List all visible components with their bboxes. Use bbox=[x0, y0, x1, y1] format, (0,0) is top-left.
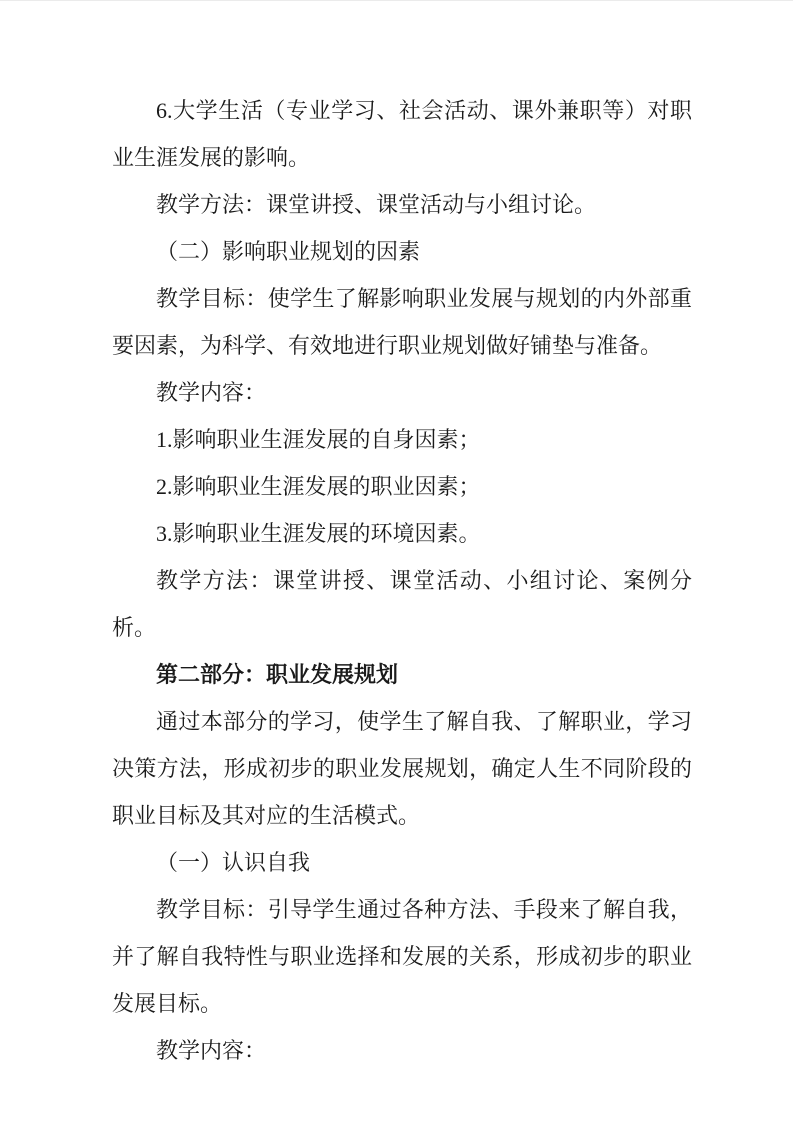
paragraph-teaching-goal: 教学目标：使学生了解影响职业发展与规划的内外部重要因素，为科学、有效地进行职业规… bbox=[112, 275, 692, 369]
paragraph-section-intro: 通过本部分的学习，使学生了解自我、了解职业，学习决策方法，形成初步的职业发展规划… bbox=[112, 698, 692, 839]
subsection-heading-factors: （二）影响职业规划的因素 bbox=[112, 228, 692, 275]
list-item-career-factor: 2.影响职业生涯发展的职业因素； bbox=[112, 463, 692, 510]
subsection-heading-know-self: （一）认识自我 bbox=[112, 839, 692, 886]
list-item-self-factor: 1.影响职业生涯发展的自身因素； bbox=[112, 416, 692, 463]
paragraph-teaching-goal-2: 教学目标：引导学生通过各种方法、手段来了解自我，并了解自我特性与职业选择和发展的… bbox=[112, 886, 692, 1027]
paragraph-teaching-method: 教学方法：课堂讲授、课堂活动与小组讨论。 bbox=[112, 181, 692, 228]
list-item-environment-factor: 3.影响职业生涯发展的环境因素。 bbox=[112, 510, 692, 557]
document-page: 6.大学生活（专业学习、社会活动、课外兼职等）对职业生涯发展的影响。 教学方法：… bbox=[0, 0, 793, 1122]
page-top-edge bbox=[0, 0, 793, 1]
document-body: 6.大学生活（专业学习、社会活动、课外兼职等）对职业生涯发展的影响。 教学方法：… bbox=[112, 87, 692, 1074]
paragraph-teaching-content: 教学内容： bbox=[112, 369, 692, 416]
section-heading-part2: 第二部分：职业发展规划 bbox=[112, 651, 692, 698]
paragraph-teaching-method-2: 教学方法：课堂讲授、课堂活动、小组讨论、案例分析。 bbox=[112, 557, 692, 651]
paragraph-course-impact: 6.大学生活（专业学习、社会活动、课外兼职等）对职业生涯发展的影响。 bbox=[112, 87, 692, 181]
paragraph-teaching-content-2: 教学内容： bbox=[112, 1027, 692, 1074]
